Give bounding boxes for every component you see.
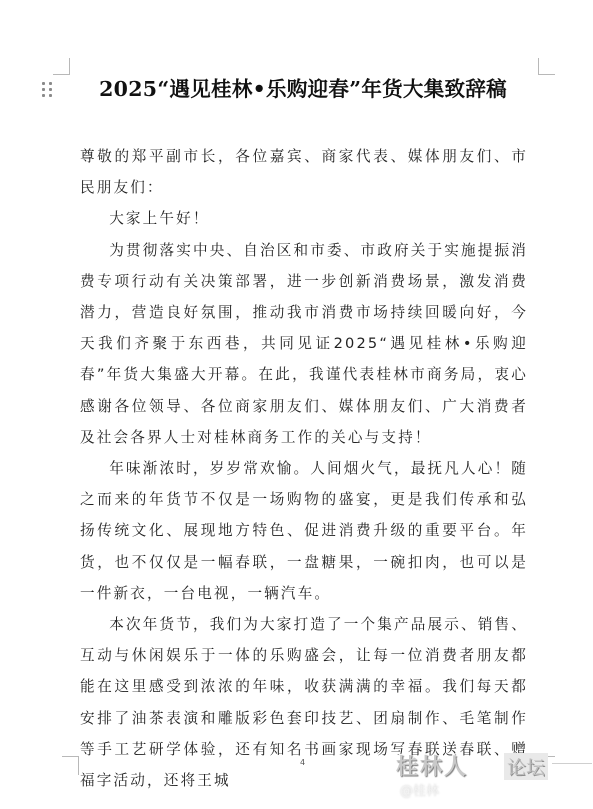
drag-dot xyxy=(42,94,45,97)
drag-dot xyxy=(49,94,52,97)
drag-dot xyxy=(49,82,52,85)
paragraph-drag-handle-icon[interactable] xyxy=(42,82,54,98)
body-paragraph[interactable]: 本次年货节，我们为大家打造了一个集产品展示、销售、互动与休闲娱乐于一体的乐购盛会… xyxy=(80,609,528,796)
salutation-paragraph[interactable]: 尊敬的郑平副市长，各位嘉宾、商家代表、媒体朋友们、市民朋友们： xyxy=(80,141,528,203)
body-paragraph[interactable]: 年味渐浓时，岁岁常欢愉。人间烟火气，最抚凡人心！随之而来的年货节不仅是一场购物的… xyxy=(80,453,528,609)
drag-dot xyxy=(42,88,45,91)
page-number: 4 xyxy=(300,758,305,767)
margin-corner-top-right xyxy=(538,58,555,75)
document-page: 2025“遇见桂林•乐购迎春”年货大集致辞稿 尊敬的郑平副市长，各位嘉宾、商家代… xyxy=(0,0,593,809)
document-body[interactable]: 尊敬的郑平副市长，各位嘉宾、商家代表、媒体朋友们、市民朋友们： 大家上午好！ 为… xyxy=(80,141,528,796)
document-title[interactable]: 2025“遇见桂林•乐购迎春”年货大集致辞稿 xyxy=(70,74,536,104)
margin-corner-bottom-left xyxy=(62,756,79,775)
watermark-divider xyxy=(552,763,592,764)
greeting-paragraph[interactable]: 大家上午好！ xyxy=(80,203,528,234)
drag-dot xyxy=(49,88,52,91)
margin-corner-bottom-right xyxy=(538,756,555,773)
body-paragraph[interactable]: 为贯彻落实中央、自治区和市委、市政府关于实施提振消费专项行动有关决策部署，进一步… xyxy=(80,235,528,453)
drag-dot xyxy=(42,82,45,85)
margin-corner-top-left xyxy=(53,58,70,75)
